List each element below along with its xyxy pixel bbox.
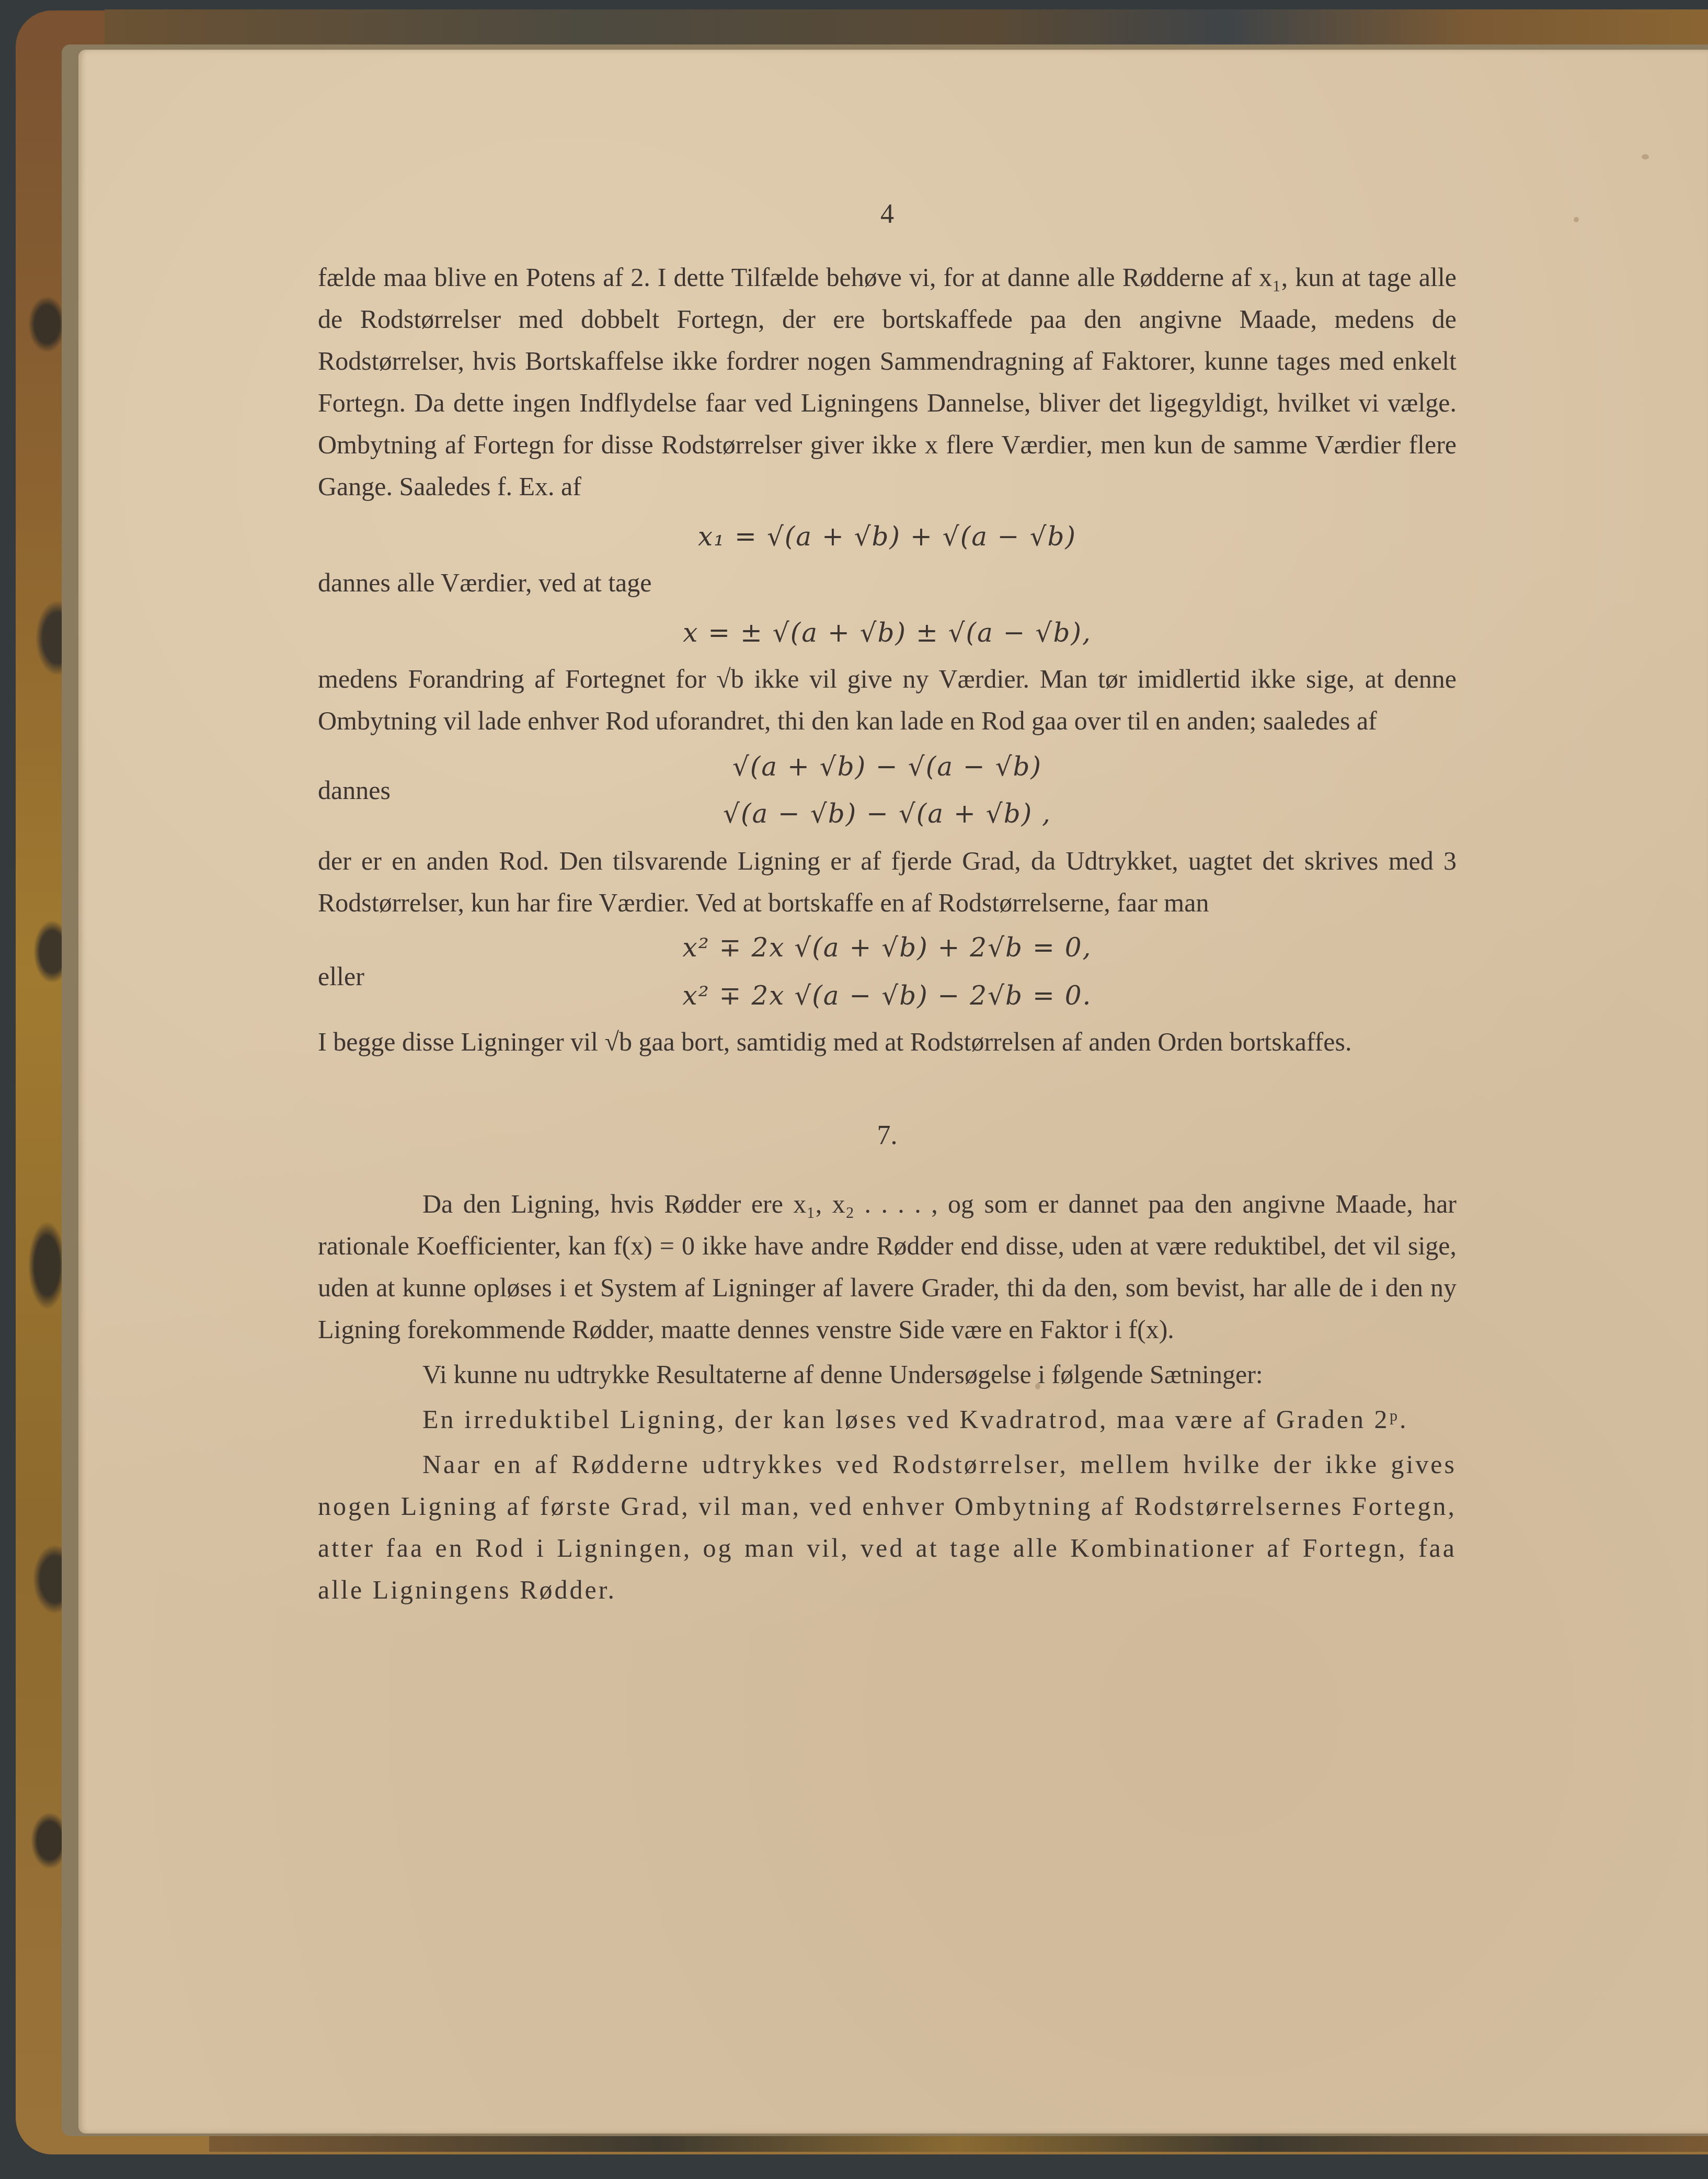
label-eller: eller <box>318 955 364 997</box>
formula-quadratic-2: x² ∓ 2x √(a − √b) − 2√b = 0. <box>318 975 1457 1017</box>
binding-top-edge <box>105 9 1708 46</box>
formula-root-difference-2: √(a − √b) − √(a + √b) , <box>318 793 1457 835</box>
paragraph: Vi kunne nu udtrykke Resultaterne af den… <box>318 1353 1457 1395</box>
paragraph: fælde maa blive en Potens af 2. I dette … <box>318 256 1457 507</box>
equation-group-eller: x² ∓ 2x √(a + √b) + 2√b = 0, eller x² ∓ … <box>318 927 1457 1016</box>
theorem-2: Naar en af Rødderne udtrykkes ved Rodstø… <box>318 1443 1457 1611</box>
paragraph: I begge disse Ligninger vil √b gaa bort,… <box>318 1021 1457 1063</box>
page-number: 4 <box>318 193 1457 235</box>
paragraph: der er en anden Rod. Den tilsvarende Lig… <box>318 840 1457 923</box>
paragraph: dannes alle Værdier, ved at tage <box>318 562 1457 603</box>
section-number: 7. <box>318 1115 1457 1157</box>
paragraph: medens Forandring af Fortegnet for √b ik… <box>318 658 1457 741</box>
formula-quadratic-1: x² ∓ 2x √(a + √b) + 2√b = 0, <box>318 927 1457 968</box>
formula-root-difference-1: √(a + √b) − √(a − √b) <box>318 746 1457 788</box>
paper-spot <box>1642 154 1649 159</box>
paper-spot <box>1574 217 1579 222</box>
formula-x1: x₁ = √(a + √b) + √(a − √b) <box>318 516 1457 557</box>
formula-x-plusminus: x = ± √(a + √b) ± √(a − √b), <box>318 612 1457 654</box>
paragraph: Da den Ligning, hvis Rødder ere x₁, x₂ .… <box>318 1183 1457 1350</box>
label-dannes: dannes <box>318 769 391 811</box>
page-text: 4 fælde maa blive en Potens af 2. I dett… <box>318 193 1457 1611</box>
equation-group-dannes: √(a + √b) − √(a − √b) dannes √(a − √b) −… <box>318 746 1457 829</box>
binding-bottom-edge <box>209 2136 1708 2152</box>
theorem-1: En irreduktibel Ligning, der kan løses v… <box>318 1398 1457 1440</box>
